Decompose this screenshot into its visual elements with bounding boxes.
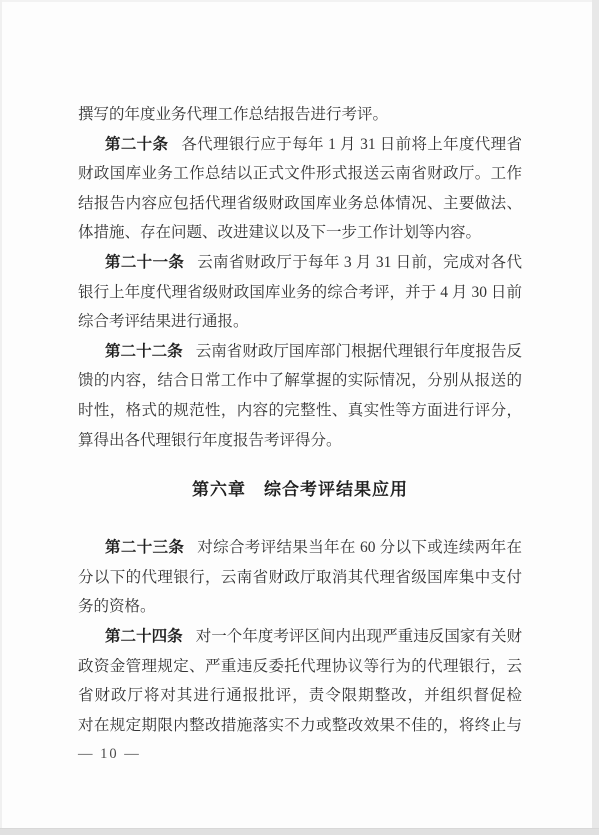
line-text: 对在规定期限内整改措施落实不力或整改效果不佳的，将终止与其 xyxy=(78,717,522,741)
article-number: 第二十三条 xyxy=(105,539,184,556)
line-text: 结报告内容应包括代理省级财政国库业务总体情况、主要做法、具 xyxy=(78,195,522,219)
body-line: 算得出各代理银行年度报告考评得分。 xyxy=(78,426,522,456)
body-line: 省财政厅将对其进行通报批评，责令限期整改，并组织督促检查。 xyxy=(78,681,522,711)
line-text: 银行上年度代理省级财政国库业务的综合考评，并于 4 月 30 日前将 xyxy=(78,284,522,308)
body-line: 对在规定期限内整改措施落实不力或整改效果不佳的，将终止与其 xyxy=(78,711,522,741)
line-text: 撰写的年度业务代理工作总结报告进行考评。 xyxy=(78,106,388,123)
line-text: 云南省财政厅国库部门根据代理银行年度报告反 xyxy=(196,343,522,360)
article-number: 第二十二条 xyxy=(105,343,183,360)
line-text: 务的资格。 xyxy=(78,598,156,615)
line-text: 分以下的代理银行，云南省财政厅取消其代理省级国库集中支付业 xyxy=(78,569,522,593)
body-line: 体措施、存在问题、改进建议以及下一步工作计划等内容。 xyxy=(78,218,522,248)
page-number: — 10 — xyxy=(78,746,141,763)
text-column: 撰写的年度业务代理工作总结报告进行考评。 第二十条各代理银行应于每年 1 月 3… xyxy=(78,100,522,740)
line-text: 综合考评结果进行通报。 xyxy=(78,313,249,330)
line-text: 时性，格式的规范性，内容的完整性、真实性等方面进行评分，计 xyxy=(78,402,522,426)
body-line: 第二十条各代理银行应于每年 1 月 31 日前将上年度代理省级 xyxy=(78,130,522,160)
body-line: 分以下的代理银行，云南省财政厅取消其代理省级国库集中支付业 xyxy=(78,563,522,593)
body-line: 银行上年度代理省级财政国库业务的综合考评，并于 4 月 30 日前将 xyxy=(78,278,522,308)
article-number: 第二十四条 xyxy=(105,628,183,645)
body-line: 第二十一条云南省财政厅于每年 3 月 31 日前，完成对各代理 xyxy=(78,248,522,278)
body-line: 综合考评结果进行通报。 xyxy=(78,307,522,337)
body-line: 第二十三条对综合考评结果当年在 60 分以下或连续两年在 70 xyxy=(78,533,522,563)
document-page: 撰写的年度业务代理工作总结报告进行考评。 第二十条各代理银行应于每年 1 月 3… xyxy=(0,0,599,835)
scan-edge-top xyxy=(0,0,599,2)
body-line: 政资金管理规定、严重违反委托代理协议等行为的代理银行，云南 xyxy=(78,652,522,682)
body-line: 时性，格式的规范性，内容的完整性、真实性等方面进行评分，计 xyxy=(78,396,522,426)
body-line: 财政国库业务工作总结以正式文件形式报送云南省财政厅。工作总 xyxy=(78,159,522,189)
line-text: 省财政厅将对其进行通报批评，责令限期整改，并组织督促检查。 xyxy=(78,687,522,711)
chapter-heading: 第六章 综合考评结果应用 xyxy=(78,475,522,505)
body-line: 馈的内容，结合日常工作中了解掌握的实际情况，分别从报送的及 xyxy=(78,366,522,396)
line-text: 算得出各代理银行年度报告考评得分。 xyxy=(78,432,342,449)
scan-edge-bottom xyxy=(0,828,599,835)
line-text: 体措施、存在问题、改进建议以及下一步工作计划等内容。 xyxy=(78,224,481,241)
line-text: 政资金管理规定、严重违反委托代理协议等行为的代理银行，云南 xyxy=(78,658,522,682)
body-line: 第二十二条云南省财政厅国库部门根据代理银行年度报告反 xyxy=(78,337,522,367)
body-line: 撰写的年度业务代理工作总结报告进行考评。 xyxy=(78,100,522,130)
body-line: 第二十四条对一个年度考评区间内出现严重违反国家有关财 xyxy=(78,622,522,652)
line-text: 对一个年度考评区间内出现严重违反国家有关财 xyxy=(196,628,522,645)
body-line: 务的资格。 xyxy=(78,592,522,622)
body-line: 结报告内容应包括代理省级财政国库业务总体情况、主要做法、具 xyxy=(78,189,522,219)
article-number: 第二十一条 xyxy=(105,254,184,271)
line-text: 财政国库业务工作总结以正式文件形式报送云南省财政厅。工作总 xyxy=(78,165,522,189)
scan-edge-left xyxy=(0,0,2,835)
article-number: 第二十条 xyxy=(105,136,168,153)
line-text: 馈的内容，结合日常工作中了解掌握的实际情况，分别从报送的及 xyxy=(78,372,522,396)
scan-edge-right xyxy=(592,0,599,835)
